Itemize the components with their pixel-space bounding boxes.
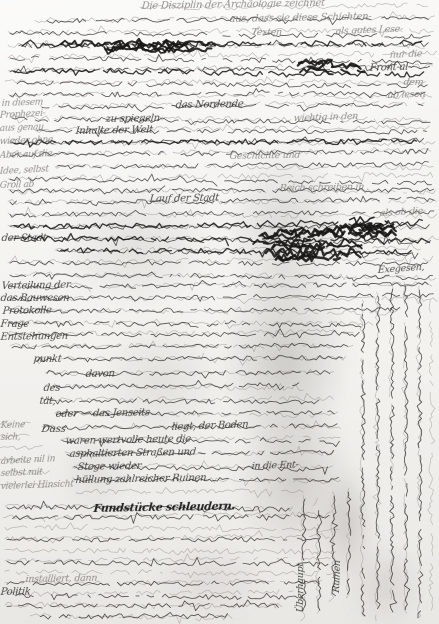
handwriting-fragment: Lauf der Stadt xyxy=(149,194,219,205)
handwriting-fragment: vielerlei Hinsicht xyxy=(0,480,73,492)
handwriting-fragment: Stege wieder xyxy=(77,462,141,473)
handwriting-fragment: oder — das Jenseits xyxy=(55,408,150,420)
handwriting-fragment: aus genau xyxy=(0,123,44,134)
handwriting-fragment: Überhaupt xyxy=(296,563,306,613)
handwriting-fragment: asphaltierten Straßen und xyxy=(69,448,196,460)
handwriting-fragment: sich, xyxy=(0,433,20,443)
handwriting-fragment: Exegesen, xyxy=(378,263,425,276)
handwriting-fragment: Verteilung der xyxy=(1,281,71,292)
handwriting-fragment: Geschichte und xyxy=(229,151,300,162)
handwriting-fragment: Reich schreiben in xyxy=(279,183,364,194)
handwriting-fragment: dem xyxy=(403,78,424,88)
handwriting-fragment: davon xyxy=(85,369,115,380)
handwriting-fragment: als ob die- xyxy=(380,207,427,219)
handwriting-fragment: Politik xyxy=(0,587,31,598)
handwriting-fragment: Idee, selbst xyxy=(0,165,49,177)
handwriting-fragment: als gutes Lese- xyxy=(335,25,403,37)
handwriting-fragment: wichtig in den xyxy=(293,112,358,124)
handwriting-fragment: punkt xyxy=(33,355,62,365)
handwriting-fragment: ab lesen xyxy=(387,90,425,101)
handwriting-fragment: hüllung zahlreicher Ruinen xyxy=(75,474,206,486)
handwriting-fragment: in die Ent- xyxy=(251,460,298,471)
handwriting-fragment: Groll ab xyxy=(0,181,34,191)
handwriting-fragment: arbeite nil in xyxy=(1,455,56,467)
handwriting-fragment: Protokolle xyxy=(2,306,52,317)
handwriting-fragment: Frage xyxy=(0,320,30,330)
handwriting-fragment: das Nordende xyxy=(175,100,244,111)
handwriting-fragment: des xyxy=(43,384,61,394)
handwriting-fragment: Fundstücke schleudern. xyxy=(93,501,235,514)
handwriting-fragment: Aber auf die xyxy=(0,150,52,161)
handwriting-fragment: Texten xyxy=(251,28,282,38)
handwriting-fragment: selbst mit xyxy=(0,469,42,479)
handwriting-fragment: aus, dass sie diese Schichten- xyxy=(229,13,372,25)
handwriting-fragment: liegt, der Boden xyxy=(171,420,248,433)
handwriting-fragment: wieder ohne xyxy=(0,136,53,147)
legible-text-layer: Die Disziplin der Archäologie zeichnetau… xyxy=(0,0,439,624)
handwriting-fragment: Front-al- xyxy=(369,63,411,74)
handwriting-fragment: installiert, dann xyxy=(25,574,97,585)
handwriting-fragment: nur die xyxy=(390,49,423,60)
handwriting-fragment: Inhalte der Welt xyxy=(75,126,153,137)
handwriting-fragment: in diesem xyxy=(1,99,43,109)
handwriting-fragment: Prophezei- xyxy=(0,110,46,121)
handwriting-fragment: tät, xyxy=(39,397,56,407)
handwriting-fragment: zu spiegeln xyxy=(105,114,160,125)
manuscript-page: Die Disziplin der Archäologie zeichnetau… xyxy=(0,0,439,624)
handwriting-fragment: Entstehungen xyxy=(0,332,68,343)
handwriting-fragment: Die Disziplin der Archäologie zeichnet xyxy=(141,0,325,12)
handwriting-fragment: Ruinen xyxy=(332,560,343,594)
handwriting-fragment: das Bauwesen xyxy=(0,294,70,304)
handwriting-fragment: Dass xyxy=(41,424,66,435)
handwriting-fragment: der Stadt xyxy=(1,234,47,244)
handwriting-fragment: Keine xyxy=(0,421,25,431)
handwriting-fragment: waren wertvolle heute die xyxy=(65,435,191,447)
